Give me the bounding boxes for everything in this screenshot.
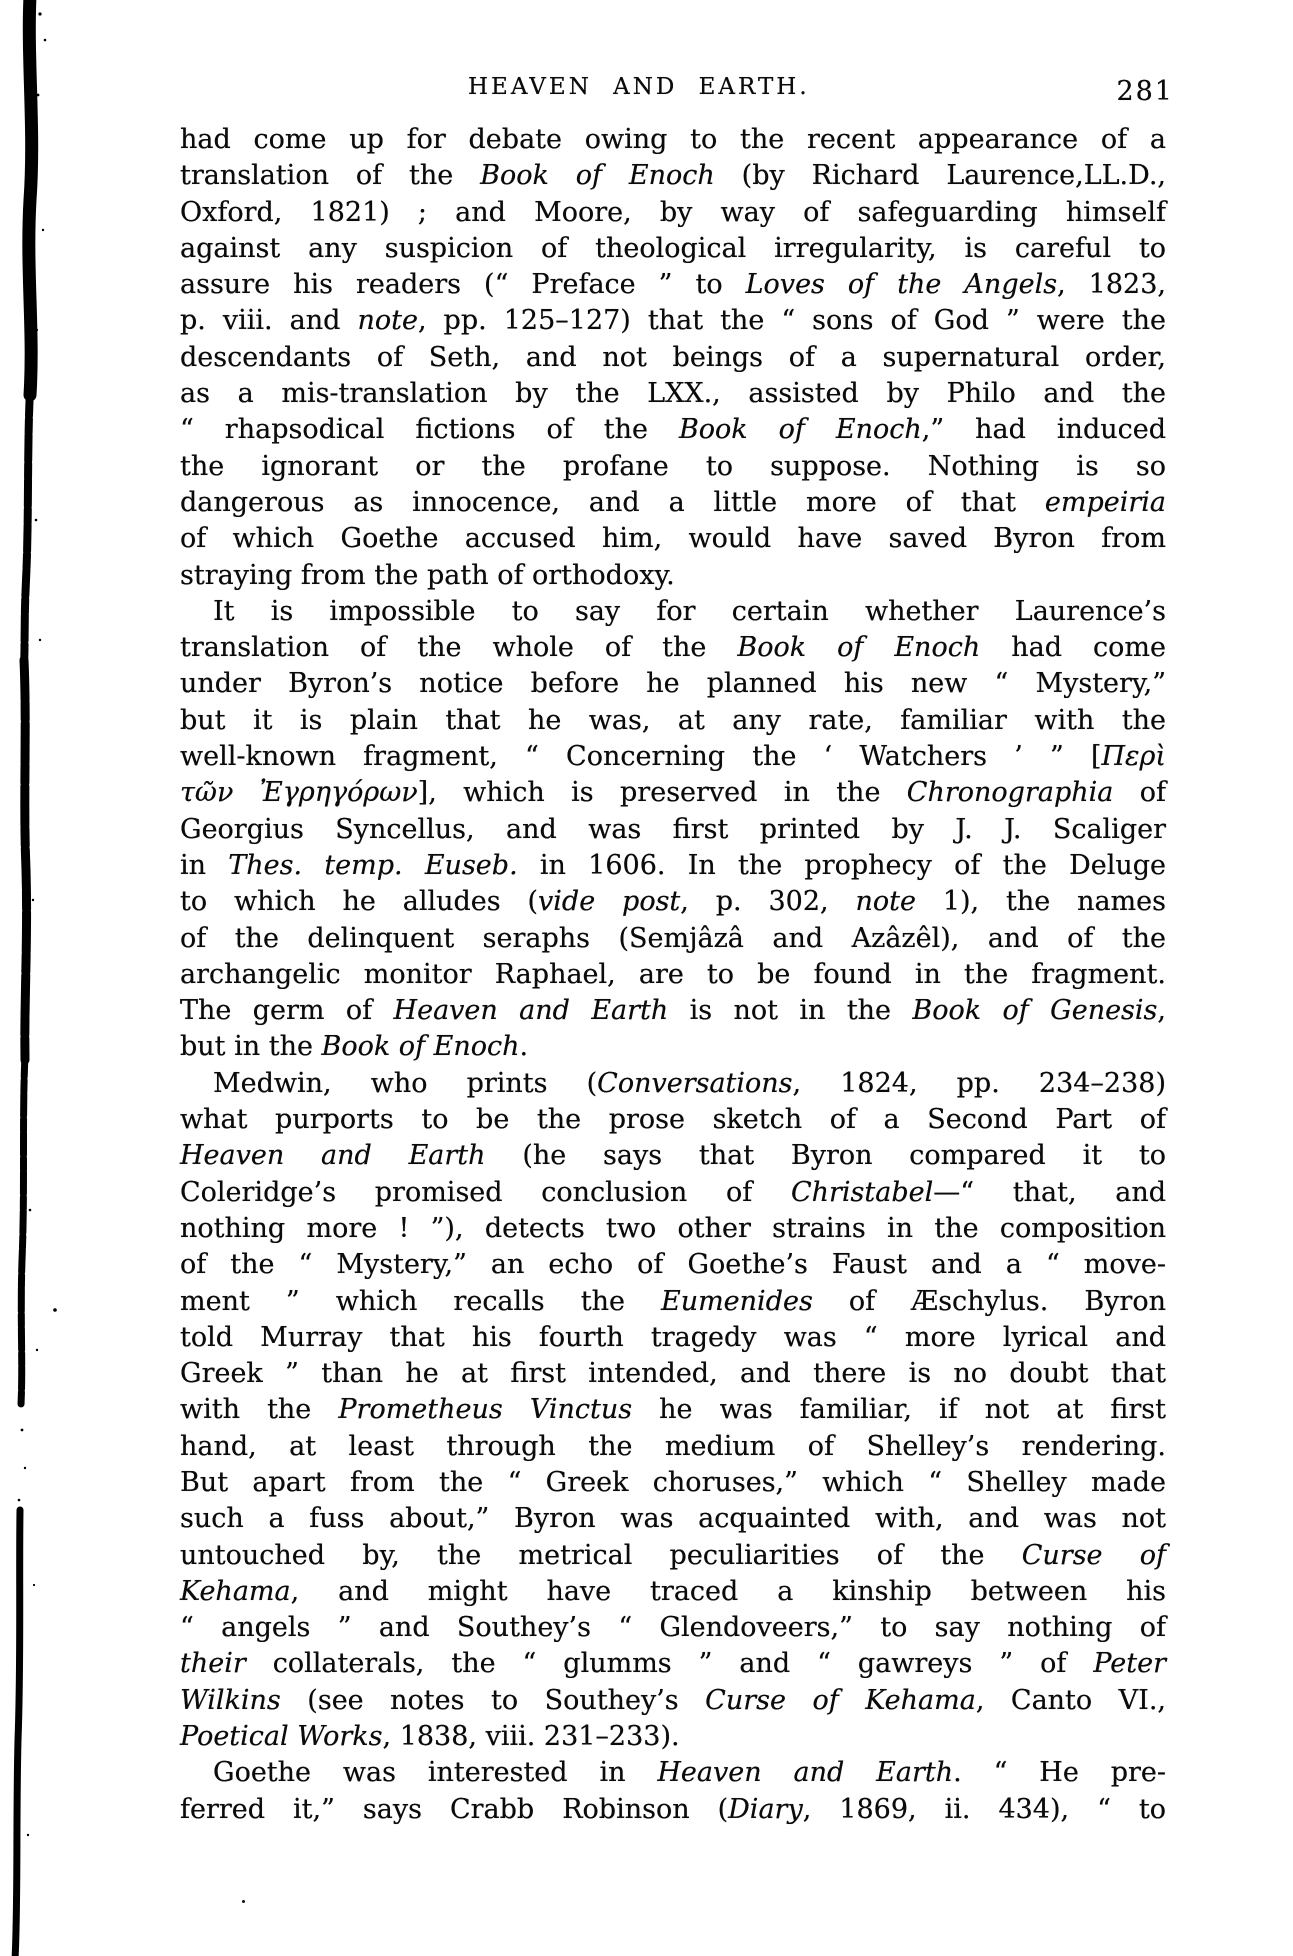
text-line: under Byron’s notice before he planned h…: [180, 666, 1166, 702]
text-line: Oxford, 1821) ; and Moore, by way of saf…: [180, 195, 1166, 231]
text-line: τῶν Ἐγρηγόρων], which is preserved in th…: [180, 775, 1166, 811]
text-line: But apart from the “ Greek choruses,” wh…: [180, 1465, 1166, 1501]
text-line: Heaven and Earth (he says that Byron com…: [180, 1138, 1166, 1174]
text-line: hand, at least through the medium of She…: [180, 1429, 1166, 1465]
page-title: HEAVEN AND EARTH.: [468, 74, 810, 100]
text-line: of the “ Mystery,” an echo of Goethe’s F…: [180, 1247, 1166, 1283]
text-line: what purports to be the prose sketch of …: [180, 1102, 1166, 1138]
paragraph: had come up for debate owing to the rece…: [180, 122, 1166, 594]
running-header: HEAVEN AND EARTH. 281: [180, 74, 1166, 114]
scanned-book-page: HEAVEN AND EARTH. 281 had come up for de…: [0, 0, 1293, 1956]
binding-shadow-artifact: [0, 0, 70, 1956]
text-line: ment ” which recalls the Eumenides of Æs…: [180, 1284, 1166, 1320]
paragraph: Medwin, who prints (Conversations, 1824,…: [180, 1066, 1166, 1756]
text-block: had come up for debate owing to the rece…: [180, 122, 1166, 1828]
text-line: Poetical Works, 1838, viii. 231–233).: [180, 1719, 1166, 1755]
text-line: as a mis-translation by the LXX., assist…: [180, 376, 1166, 412]
text-line: straying from the path of orthodoxy.: [180, 558, 1166, 594]
text-line: against any suspicion of theological irr…: [180, 231, 1166, 267]
text-line: but it is plain that he was, at any rate…: [180, 703, 1166, 739]
text-line: “ rhapsodical fictions of the Book of En…: [180, 412, 1166, 448]
text-line: Coleridge’s promised conclusion of Chris…: [180, 1175, 1166, 1211]
text-line: assure his readers (“ Preface ” to Loves…: [180, 267, 1166, 303]
text-line: the ignorant or the profane to suppose. …: [180, 449, 1166, 485]
paragraph: It is impossible to say for certain whet…: [180, 594, 1166, 1066]
text-line: nothing more ! ”), detects two other str…: [180, 1211, 1166, 1247]
text-line: ferred it,” says Crabb Robinson (Diary, …: [180, 1792, 1166, 1828]
paragraph: Goethe was interested in Heaven and Eart…: [180, 1755, 1166, 1828]
text-line: translation of the Book of Enoch (by Ric…: [180, 158, 1166, 194]
text-line: untouched by, the metrical peculiarities…: [180, 1538, 1166, 1574]
text-line: Goethe was interested in Heaven and Eart…: [180, 1755, 1166, 1791]
text-line: Greek ” than he at first intended, and t…: [180, 1356, 1166, 1392]
text-line: their collaterals, the “ glumms ” and “ …: [180, 1646, 1166, 1682]
text-line: had come up for debate owing to the rece…: [180, 122, 1166, 158]
text-line: Medwin, who prints (Conversations, 1824,…: [180, 1066, 1166, 1102]
text-line: It is impossible to say for certain whet…: [180, 594, 1166, 630]
scan-speck-artifact: [242, 1900, 245, 1903]
text-line: well-known fragment, “ Concerning the ‘ …: [180, 739, 1166, 775]
text-line: to which he alludes (vide post, p. 302, …: [180, 884, 1166, 920]
text-line: p. viii. and note, pp. 125–127) that the…: [180, 303, 1166, 339]
text-line: told Murray that his fourth tragedy was …: [180, 1320, 1166, 1356]
text-line: dangerous as innocence, and a little mor…: [180, 485, 1166, 521]
text-line: descendants of Seth, and not beings of a…: [180, 340, 1166, 376]
text-line: of which Goethe accused him, would have …: [180, 521, 1166, 557]
text-line: The germ of Heaven and Earth is not in t…: [180, 993, 1166, 1029]
page-number: 281: [1116, 76, 1174, 107]
text-line: such a fuss about,” Byron was acquainted…: [180, 1501, 1166, 1537]
text-line: Wilkins (see notes to Southey’s Curse of…: [180, 1683, 1166, 1719]
text-line: of the delinquent seraphs (Semjâzâ and A…: [180, 921, 1166, 957]
text-line: archangelic monitor Raphael, are to be f…: [180, 957, 1166, 993]
text-line: Georgius Syncellus, and was first printe…: [180, 812, 1166, 848]
text-line: Kehama, and might have traced a kinship …: [180, 1574, 1166, 1610]
text-line: translation of the whole of the Book of …: [180, 630, 1166, 666]
text-line: in Thes. temp. Euseb. in 1606. In the pr…: [180, 848, 1166, 884]
text-line: “ angels ” and Southey’s “ Glendoveers,”…: [180, 1610, 1166, 1646]
text-line: with the Prometheus Vinctus he was famil…: [180, 1392, 1166, 1428]
text-line: but in the Book of Enoch.: [180, 1029, 1166, 1065]
